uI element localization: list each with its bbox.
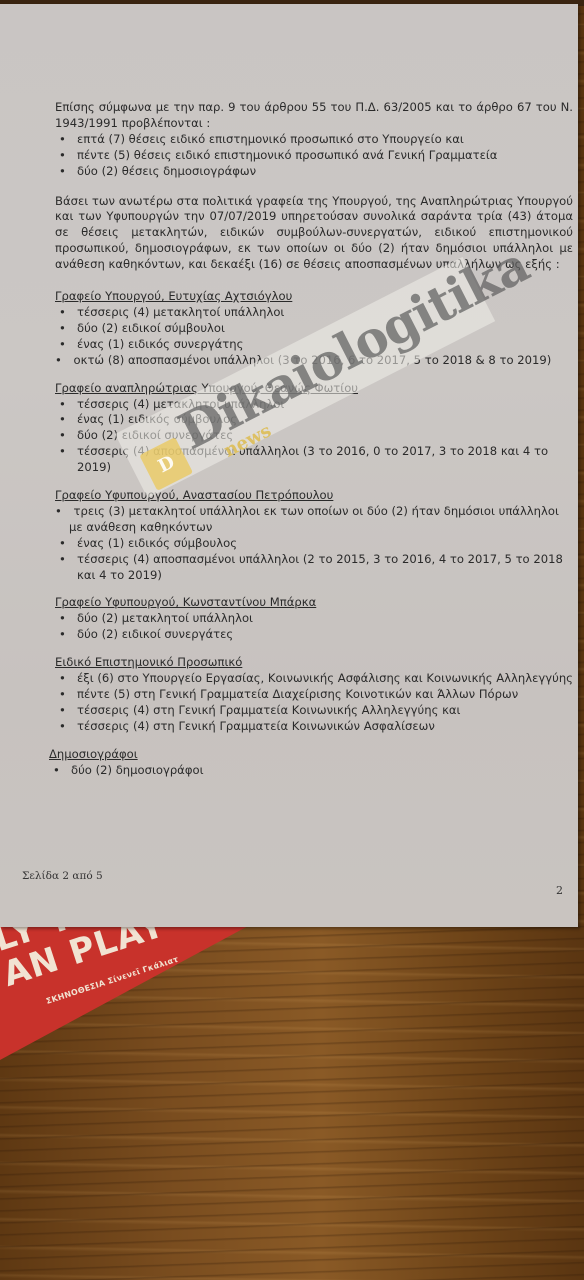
list-item: ένας (1) ειδικός σύμβουλος: [55, 412, 573, 428]
list-item: τρεις (3) μετακλητοί υπάλληλοι εκ των οπ…: [55, 504, 573, 536]
section-heading: Ειδικό Επιστημονικό Προσωπικό: [55, 655, 573, 671]
list-item: τέσσερις (4) αποσπασμένοι υπάλληλοι (2 τ…: [55, 552, 573, 584]
list-item: επτά (7) θέσεις ειδικό επιστημονικό προσ…: [55, 132, 573, 148]
section-list: τέσσερις (4) μετακλητοί υπάλληλοι δύο (2…: [55, 305, 573, 369]
section-list: δύο (2) μετακλητοί υπάλληλοι δύο (2) ειδ…: [55, 611, 573, 643]
list-item: ένας (1) ειδικός συνεργάτης: [55, 337, 573, 353]
section-list: τέσσερις (4) μετακλητοί υπάλληλοι ένας (…: [55, 397, 573, 477]
list-item: δύο (2) ειδικοί συνεργάτες: [55, 428, 573, 444]
list-item-text: οκτώ (8) αποσπασμένοι υπάλληλοι (3 το 20…: [74, 353, 552, 367]
document-page: Επίσης σύμφωνα με την παρ. 9 του άρθρου …: [0, 4, 578, 927]
list-item-text: τρεις (3) μετακλητοί υπάλληλοι εκ των οπ…: [74, 504, 559, 518]
list-item: τέσσερις (4) μετακλητοί υπάλληλοι: [55, 305, 573, 321]
intro-paragraph: Επίσης σύμφωνα με την παρ. 9 του άρθρου …: [55, 100, 573, 132]
section-heading: Γραφείο Υπουργού, Ευτυχίας Αχτσιόγλου: [55, 289, 573, 305]
section-heading: Γραφείο Υφυπουργού, Κωνσταντίνου Μπάρκα: [55, 595, 573, 611]
list-item: δύο (2) μετακλητοί υπάλληλοι: [55, 611, 573, 627]
list-item-continuation: με ανάθεση καθηκόντων: [55, 520, 573, 536]
list-item: οκτώ (8) αποσπασμένοι υπάλληλοι (3 το 20…: [55, 353, 573, 369]
list-item: πέντε (5) θέσεις ειδικό επιστημονικό προ…: [55, 148, 573, 164]
section-list: έξι (6) στο Υπουργείο Εργασίας, Κοινωνικ…: [55, 671, 573, 735]
summary-paragraph: Βάσει των ανωτέρω στα πολιτικά γραφεία τ…: [55, 194, 573, 274]
list-item: δύο (2) δημοσιογράφοι: [49, 763, 573, 779]
list-item: τέσσερις (4) μετακλητοί υπάλληλοι: [55, 397, 573, 413]
list-item: τέσσερις (4) στη Γενική Γραμματεία Κοινω…: [55, 703, 573, 719]
list-item: δύο (2) θέσεις δημοσιογράφων: [55, 164, 573, 180]
list-item: δύο (2) ειδικοί συνεργάτες: [55, 627, 573, 643]
intro-list: επτά (7) θέσεις ειδικό επιστημονικό προσ…: [55, 132, 573, 180]
page-number: 2: [556, 884, 563, 897]
list-item: δύο (2) ειδικοί σύμβουλοι: [55, 321, 573, 337]
list-item: τέσσερις (4) αποσπασμένοι υπάλληλοι (3 τ…: [55, 444, 573, 476]
section-heading: Γραφείο Υφυπουργού, Αναστασίου Πετρόπουλ…: [55, 488, 573, 504]
section-list: δύο (2) δημοσιογράφοι: [49, 763, 573, 779]
list-item: έξι (6) στο Υπουργείο Εργασίας, Κοινωνικ…: [55, 671, 573, 687]
document-content: Επίσης σύμφωνα με την παρ. 9 του άρθρου …: [55, 100, 573, 779]
list-item: πέντε (5) στη Γενική Γραμματεία Διαχείρι…: [55, 687, 573, 703]
section-heading: Δημοσιογράφοι: [49, 747, 573, 763]
page-label: Σελίδα 2 από 5: [22, 870, 103, 882]
section-heading: Γραφείο αναπληρώτριας Υπουργού, Θεανώς Φ…: [55, 381, 573, 397]
section-list: τρεις (3) μετακλητοί υπάλληλοι εκ των οπ…: [55, 504, 573, 584]
list-item: ένας (1) ειδικός σύμβουλος: [55, 536, 573, 552]
list-item: τέσσερις (4) στη Γενική Γραμματεία Κοινω…: [55, 719, 573, 735]
